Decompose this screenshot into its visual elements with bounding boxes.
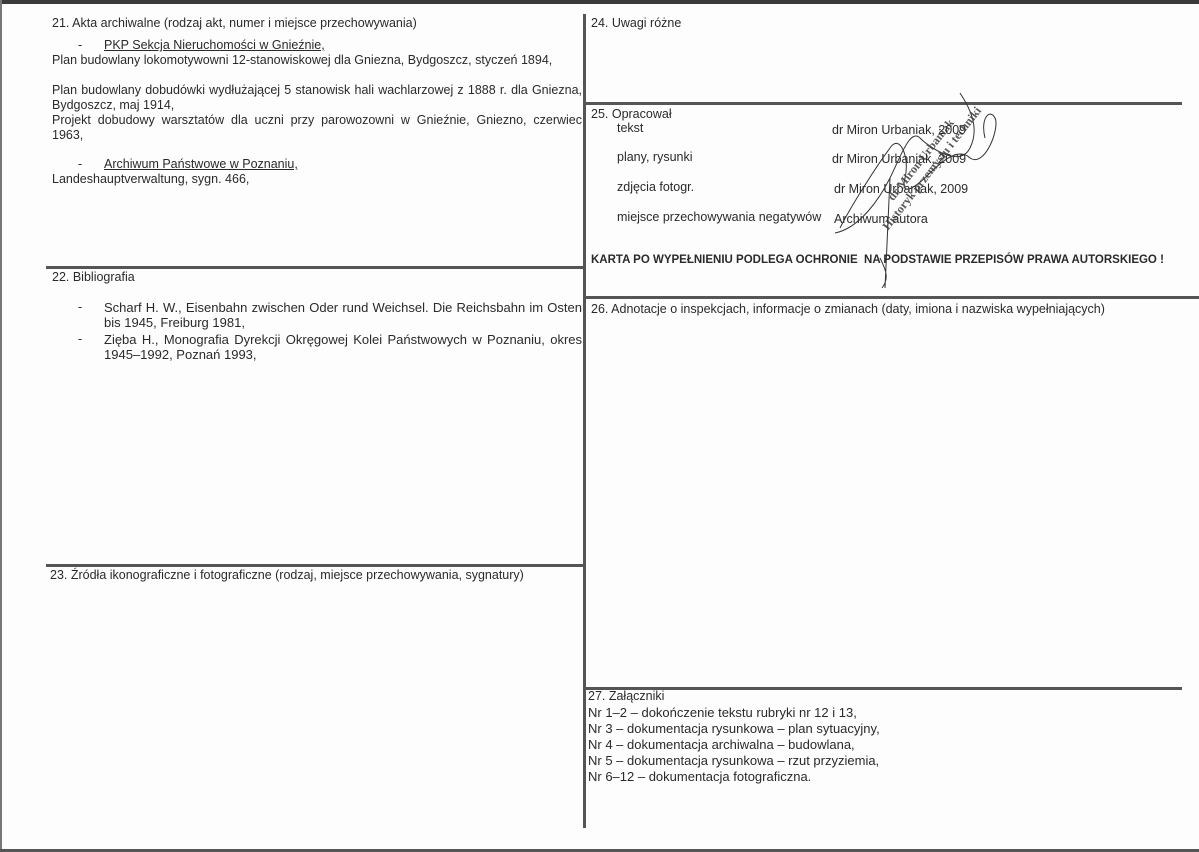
column-divider <box>583 14 586 828</box>
bullet: - <box>78 157 82 172</box>
group2-heading: Archiwum Państwowe w Poznaniu, <box>104 157 298 172</box>
bullet: - <box>78 300 82 315</box>
bibliography-item: Zięba H., Monografia Dyrekcji Okręgowej … <box>104 332 582 362</box>
archival-item: Landeshauptverwaltung, sygn. 466, <box>52 172 249 187</box>
section-22-title: 22. Bibliografia <box>52 270 135 285</box>
attachment-item: Nr 1–2 – dokończenie tekstu rubryki nr 1… <box>588 705 857 720</box>
credit-label-photos: zdjęcia fotogr. <box>617 180 694 195</box>
divider-22-23 <box>46 564 584 567</box>
group1-heading: PKP Sekcja Nieruchomości w Gnieźnie, <box>104 38 325 53</box>
archival-item: Plan budowlany lokomotywowni 12-stanowis… <box>52 53 582 68</box>
credit-label-plans: plany, rysunki <box>617 150 693 165</box>
divider-21-22 <box>46 266 584 269</box>
section-25-title: 25. Opracował <box>591 107 672 122</box>
section-24-title: 24. Uwagi różne <box>591 16 681 31</box>
bibliography-item: Scharf H. W., Eisenbahn zwischen Oder ru… <box>104 300 582 330</box>
page-left-edge <box>0 0 2 852</box>
archival-item: Plan budowlany dobudówki wydłużającej 5 … <box>52 83 582 113</box>
divider-26-27 <box>584 687 1182 690</box>
section-26-title: 26. Adnotacje o inspekcjach, informacje … <box>591 302 1105 317</box>
attachment-item: Nr 6–12 – dokumentacja fotograficzna. <box>588 769 811 784</box>
page-top-edge <box>0 0 1199 4</box>
section-21-title: 21. Akta archiwalne (rodzaj akt, numer i… <box>52 16 417 31</box>
section-27-title: 27. Załączniki <box>588 689 664 704</box>
archival-item: Projekt dobudowy warsztatów dla uczni pr… <box>52 113 582 143</box>
attachment-item: Nr 3 – dokumentacja rysunkowa – plan syt… <box>588 721 880 736</box>
attachment-item: Nr 4 – dokumentacja archiwalna – budowla… <box>588 737 855 752</box>
credit-label-negatives: miejsce przechowywania negatywów <box>617 210 821 225</box>
attachment-item: Nr 5 – dokumentacja rysunkowa – rzut prz… <box>588 753 879 768</box>
bullet: - <box>78 332 82 347</box>
bullet: - <box>78 38 82 53</box>
section-23-title: 23. Źródła ikonograficzne i fotograficzn… <box>50 568 524 583</box>
credit-label-text: tekst <box>617 121 643 136</box>
